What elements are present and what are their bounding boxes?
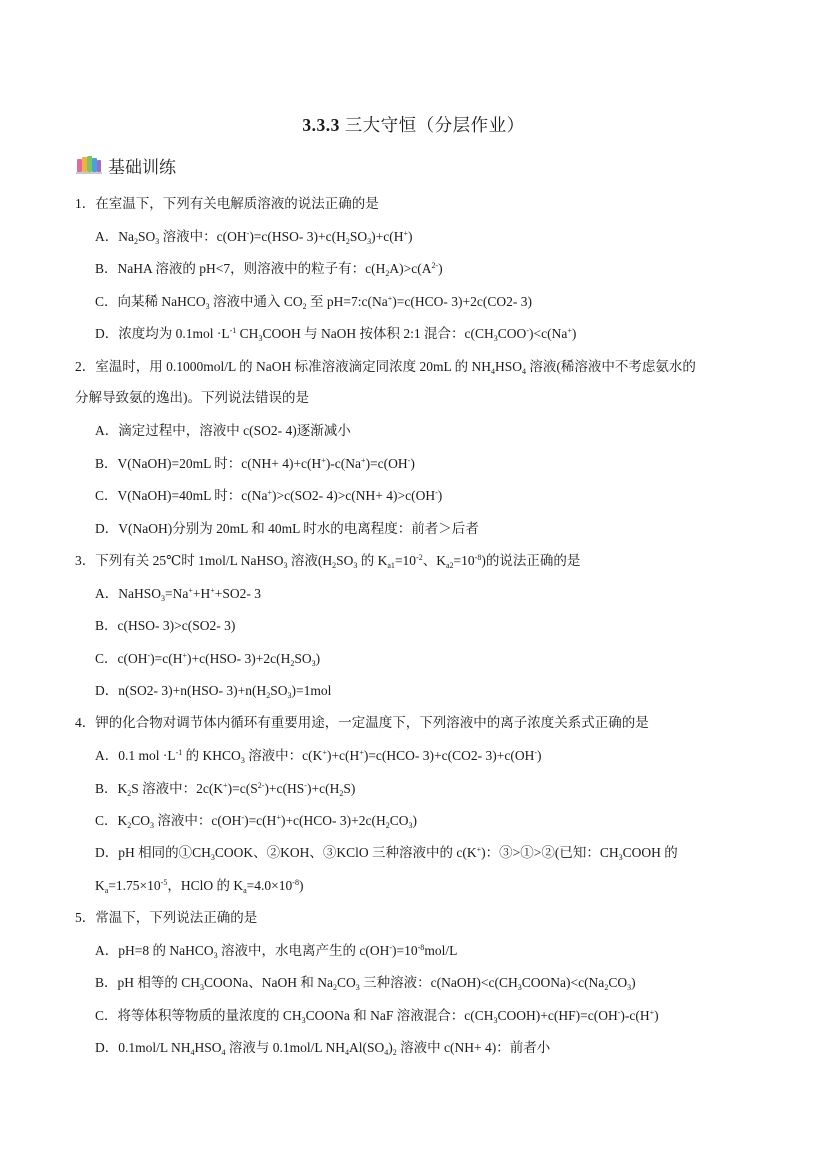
question-1-option-a: A．Na2SO3 溶液中：c(OH-)=c(HSO- 3)+c(H2SO3)+c… (95, 227, 413, 247)
question-3-stem: 3．下列有关 25℃时 1mol/L NaHSO3 溶液(H2SO3 的 Ka1… (75, 551, 580, 571)
question-1-stem: 1．在室温下，下列有关电解质溶液的说法正确的是 (75, 194, 379, 214)
section-heading: 基础训练 (76, 152, 176, 178)
question-1-option-c: C．向某稀 NaHCO3 溶液中通入 CO2 至 pH=7:c(Na+)=c(H… (95, 292, 532, 312)
question-4-option-d: D．pH 相同的①CH3COOK、②KOH、③KClO 三种溶液中的 c(K+)… (95, 843, 678, 863)
question-2-stem: 2．室温时，用 0.1000mol/L 的 NaOH 标准溶液滴定同浓度 20m… (75, 357, 696, 377)
title-number: 3.3.3 (302, 115, 340, 135)
question-3-option-c: C．c(OH-)=c(H+)+c(HSO- 3)+2c(H2SO3) (95, 649, 320, 669)
question-4-option-a: A．0.1 mol ·L-1 的 KHCO3 溶液中：c(K+)+c(H+)=c… (95, 746, 542, 766)
question-2-stem-continued: 分解导致氨的逸出)。下列说法错误的是 (75, 388, 309, 408)
question-1-option-b: B．NaHA 溶液的 pH<7，则溶液中的粒子有：c(H2A)>c(A2-) (95, 259, 443, 279)
question-5-stem: 5．常温下，下列说法正确的是 (75, 908, 257, 928)
question-3-option-b: B．c(HSO- 3)>c(SO2- 3) (95, 616, 235, 636)
question-3-option-d: D．n(SO2- 3)+n(HSO- 3)+n(H2SO3)=1mol (95, 681, 331, 701)
question-4-stem: 4．钾的化合物对调节体内循环有重要用途，一定温度下，下列溶液中的离子浓度关系式正… (75, 713, 649, 733)
question-2-option-b: B．V(NaOH)=20mL 时：c(NH+ 4)+c(H+)-c(Na+)=c… (95, 454, 415, 474)
question-4-option-c: C．K2CO3 溶液中：c(OH-)=c(H+)+c(HCO- 3)+2c(H2… (95, 811, 417, 831)
question-4-option-d-continued: Ka=1.75×10-5，HClO 的 Ka=4.0×10-8) (95, 876, 303, 896)
question-2-option-d: D．V(NaOH)分别为 20mL 和 40mL 时水的电离程度：前者＞后者 (95, 519, 479, 539)
question-3-option-a: A．NaHSO3=Na++H++SO2- 3 (95, 584, 261, 604)
question-5-option-b: B．pH 相等的 CH3COONa、NaOH 和 Na2CO3 三种溶液：c(N… (95, 973, 636, 993)
question-4-option-b: B．K2S 溶液中：2c(K+)=c(S2-)+c(HS-)+c(H2S) (95, 779, 355, 799)
page-title: 3.3.3 三大守恒（分层作业） (0, 112, 827, 137)
title-text: 三大守恒（分层作业） (340, 115, 525, 135)
question-1-option-d: D．浓度均为 0.1mol ·L-1 CH3COOH 与 NaOH 按体积 2:… (95, 324, 576, 344)
section-label: 基础训练 (108, 153, 176, 178)
question-5-option-d: D．0.1mol/L NH4HSO4 溶液与 0.1mol/L NH4Al(SO… (95, 1038, 550, 1058)
question-2-option-a: A．滴定过程中，溶液中 c(SO2- 4)逐渐减小 (95, 421, 351, 441)
colorful-books-icon (76, 154, 102, 176)
question-5-option-a: A．pH=8 的 NaHCO3 溶液中，水电离产生的 c(OH-)=10-8mo… (95, 941, 457, 961)
question-2-option-c: C．V(NaOH)=40mL 时：c(Na+)>c(SO2- 4)>c(NH+ … (95, 486, 442, 506)
question-5-option-c: C．将等体积等物质的量浓度的 CH3COONa 和 NaF 溶液混合：c(CH3… (95, 1006, 659, 1026)
